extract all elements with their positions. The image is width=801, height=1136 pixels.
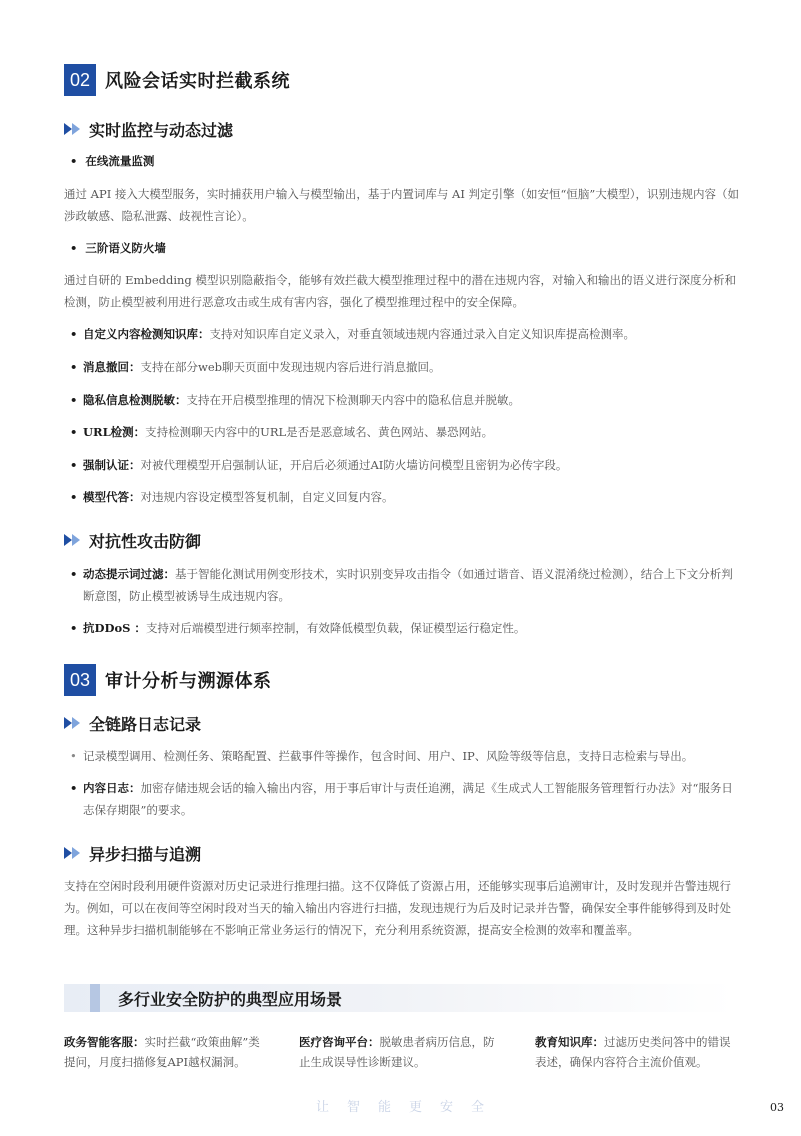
list-item: •记录模型调用、检测任务、策略配置、拦截事件等操作，包含时间、用户、IP、风险等… <box>70 745 740 767</box>
section-03-header: 03 审计分析与溯源体系 <box>64 664 272 696</box>
scenario-case: 医疗咨询平台：脱敏患者病历信息，防止生成误导性诊断建议。 <box>299 1032 499 1072</box>
list-item: •强制认证：对被代理模型开启强制认证，开启后必须通过AI防火墙访问模型且密钥为必… <box>70 454 740 476</box>
scenario-case: 教育知识库：过滤历史类问答中的错误表述，确保内容符合主流价值观。 <box>535 1032 735 1072</box>
section-title: 审计分析与溯源体系 <box>105 667 272 693</box>
double-arrow-icon <box>64 717 82 729</box>
section-number-badge: 03 <box>64 664 96 696</box>
list-item: •内容日志：加密存储违规会话的输入输出内容，用于事后审计与责任追溯，满足《生成式… <box>70 777 740 821</box>
subsection-header: 对抗性攻击防御 <box>64 529 201 551</box>
section-02-header: 02 风险会话实时拦截系统 <box>64 64 290 96</box>
banner-accent-bar <box>90 984 100 1012</box>
subsection-header: 实时监控与动态过滤 <box>64 118 233 140</box>
scenarios-banner: 多行业安全防护的典型应用场景 <box>64 984 734 1012</box>
list-item: •消息撤回：支持在部分web聊天页面中发现违规内容后进行消息撤回。 <box>70 356 740 378</box>
double-arrow-icon <box>64 847 82 859</box>
section-number-badge: 02 <box>64 64 96 96</box>
section-title: 风险会话实时拦截系统 <box>105 67 290 93</box>
paragraph: 通过 API 接入大模型服务，实时捕获用户输入与模型输出，基于内置词库与 AI … <box>64 183 740 227</box>
list-item: •抗DDoS ：支持对后端模型进行频率控制，有效降低模型负载，保证模型运行稳定性… <box>70 617 740 639</box>
list-item: •URL检测：支持检测聊天内容中的URL是否是恶意域名、黄色网站、暴恐网站。 <box>70 421 740 443</box>
subsection-header: 全链路日志记录 <box>64 712 201 734</box>
subsection-title: 全链路日志记录 <box>89 712 201 735</box>
list-item: •隐私信息检测脱敏：支持在开启模型推理的情况下检测聊天内容中的隐私信息并脱敏。 <box>70 389 740 411</box>
list-item: •模型代答：对违规内容设定模型答复机制，自定义回复内容。 <box>70 486 740 508</box>
subsection-title: 异步扫描与追溯 <box>89 842 201 865</box>
page-number: 03 <box>770 1101 784 1114</box>
footer-slogan: 让智能更安全 <box>316 1096 502 1115</box>
banner-title: 多行业安全防护的典型应用场景 <box>118 987 342 1010</box>
list-item: •自定义内容检测知识库：支持对知识库自定义录入，对垂直领域违规内容通过录入自定义… <box>70 323 740 345</box>
subsection-header: 异步扫描与追溯 <box>64 842 201 864</box>
paragraph: 通过自研的 Embedding 模型识别隐蔽指令，能够有效拦截大模型推理过程中的… <box>64 269 740 313</box>
double-arrow-icon <box>64 123 82 135</box>
bullet-heading: 在线流量监测 <box>70 153 154 169</box>
list-item: •动态提示词过滤：基于智能化测试用例变形技术，实时识别变异攻击指令（如通过谐音、… <box>70 563 740 607</box>
subsection-title: 实时监控与动态过滤 <box>89 118 233 141</box>
paragraph: 支持在空闲时段利用硬件资源对历史记录进行推理扫描。这不仅降低了资源占用，还能够实… <box>64 875 740 941</box>
double-arrow-icon <box>64 534 82 546</box>
subsection-title: 对抗性攻击防御 <box>89 529 201 552</box>
scenario-case: 政务智能客服：实时拦截“政策曲解”类提问，月度扫描修复API越权漏洞。 <box>64 1032 264 1072</box>
bullet-heading: 三阶语义防火墙 <box>70 240 166 256</box>
